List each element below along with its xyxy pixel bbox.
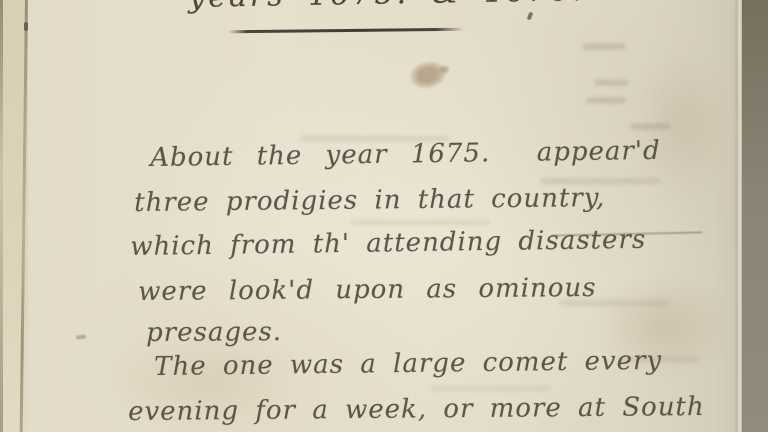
manuscript-line-4: were look'd upon as ominous: [138, 273, 597, 307]
edge-speck: [24, 22, 28, 31]
bleed-through-mark: [582, 44, 626, 49]
manuscript-line-2: three prodigies in that country,: [134, 183, 605, 218]
scan-left-edge-shadow: [0, 0, 3, 432]
manuscript-line-6: The one was a large comet every: [154, 346, 662, 382]
bleed-through-mark: [586, 98, 626, 103]
ink-stain-dot: [440, 66, 449, 73]
bleed-through-mark: [594, 80, 628, 85]
bleed-through-mark: [430, 386, 550, 391]
bleed-through-mark: [630, 124, 670, 129]
bleed-through-mark: [350, 220, 490, 225]
page-right-edge-highlight: [734, 0, 742, 432]
manuscript-line-5: presages.: [146, 317, 282, 348]
manuscript-scan: years 1675. & 1676. About the year 1675.…: [0, 0, 768, 432]
manuscript-line-7: evening for a week, or more at South: [128, 392, 705, 427]
